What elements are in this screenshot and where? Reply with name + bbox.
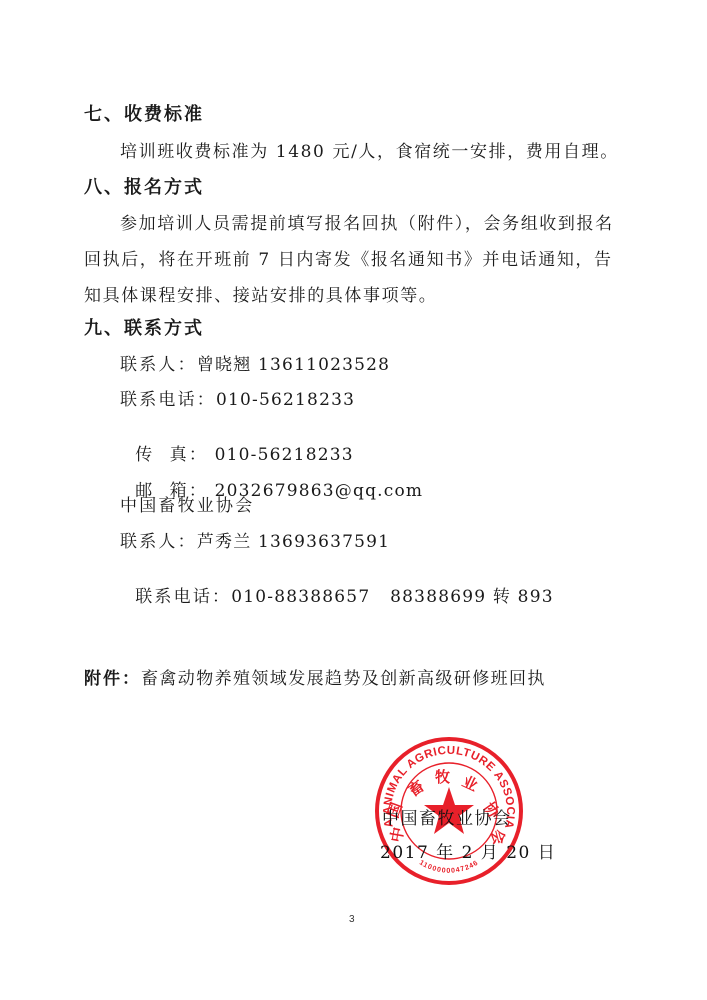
contact-value: 010-88388657 88388699 转 893 [231,587,554,607]
contact-organization: 中国畜牧业协会 [120,491,254,516]
svg-text:牧: 牧 [435,768,450,786]
section-heading-registration: 八、报名方式 [84,173,204,199]
svg-text:业: 业 [459,772,480,795]
contact-person-2: 联系人：芦秀兰 13693637591 [120,527,390,552]
contact-label: 联系人： [120,355,197,375]
registration-line-3: 知具体课程安排、接站安排的具体事项等。 [84,281,437,306]
contact-phone-1: 联系电话：010-56218233 [120,385,355,410]
attachment-line: 附件：畜禽动物养殖领域发展趋势及创新高级研修班回执 [84,664,546,689]
section-heading-contact: 九、联系方式 [84,314,204,340]
signature-date: 2017 年 2 月 20 日 [380,838,556,863]
contact-label: 联系电话： [120,390,216,410]
attachment-title: 畜禽动物养殖领域发展趋势及创新高级研修班回执 [141,669,546,689]
signature-organization: 中国畜牧业协会 [382,804,512,829]
registration-line-1: 参加培训人员需提前填写报名回执（附件），会务组收到报名 [120,209,614,234]
contact-value: 芦秀兰 13693637591 [197,532,390,552]
section-heading-fee: 七、收费标准 [84,100,204,126]
svg-text:畜: 畜 [405,777,428,800]
contact-value: 010-56218233 [216,390,355,410]
contact-label: 联系人： [120,532,197,552]
contact-person-1: 联系人：曾晓翘 13611023528 [120,350,390,375]
fee-paragraph: 培训班收费标准为 1480 元/人，食宿统一安排，费用自理。 [120,137,619,162]
contact-label: 联系电话： [135,587,231,607]
registration-line-2: 回执后，将在开班前 7 日内寄发《报名通知书》并电话通知，告 [84,245,613,270]
page-number: 3 [349,914,355,925]
attachment-label: 附件： [84,669,141,689]
contact-phone-2: 联系电话：010-88388657 88388699 转 893 [120,562,554,607]
contact-value: 曾晓翘 13611023528 [197,355,390,375]
